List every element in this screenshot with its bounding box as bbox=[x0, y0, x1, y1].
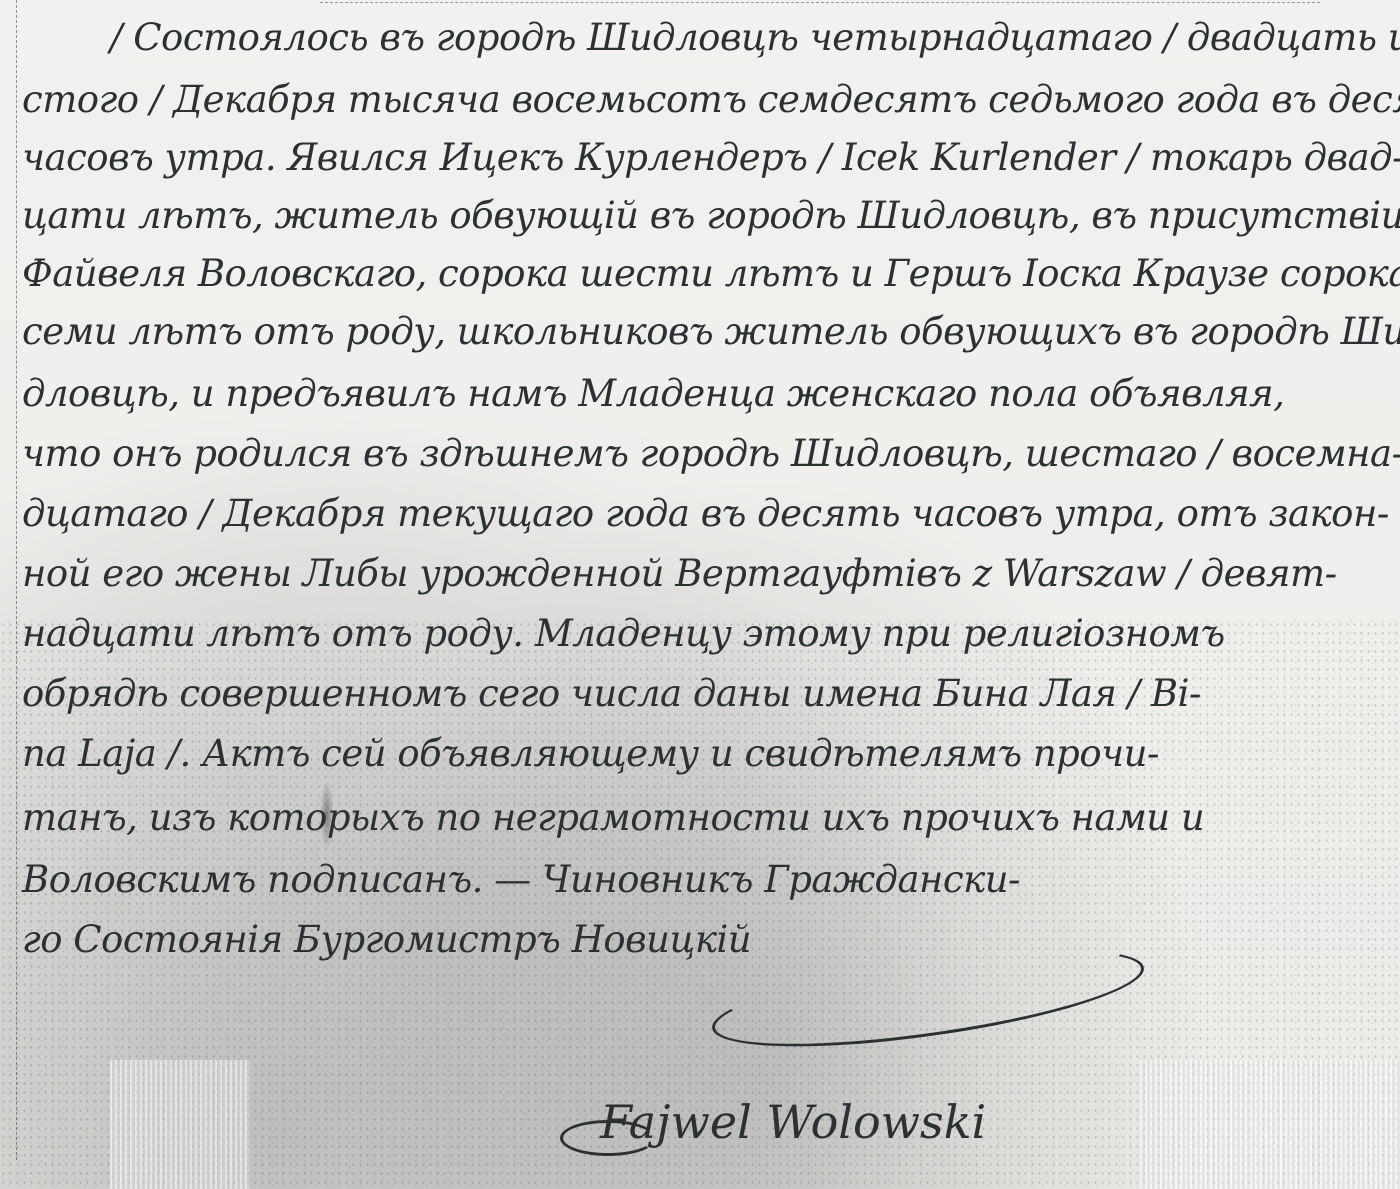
text-line-1: / Состоялось въ городѣ Шидловцѣ четырнад… bbox=[110, 16, 1400, 59]
text-line-15: Воловскимъ подписанъ. — Чиновникъ Гражда… bbox=[22, 858, 1392, 901]
text-line-16: го Состоянія Бургомистръ Новицкій bbox=[22, 918, 882, 961]
text-line-12: обрядѣ совершенномъ сего числа даны имен… bbox=[22, 672, 1392, 715]
text-line-10: ной его жены Либы урожденной Вертгауфтів… bbox=[22, 552, 1392, 595]
text-line-2: стого / Декабря тысяча восемьсотъ семдес… bbox=[22, 78, 1392, 121]
text-line-14: танъ, изъ которыхъ по неграмотности ихъ … bbox=[22, 796, 1392, 839]
text-line-6: семи лѣтъ отъ роду, школьниковъ житель о… bbox=[22, 310, 1392, 353]
text-line-3: часовъ утра. Явился Ицекъ Курлендеръ / I… bbox=[22, 136, 1392, 179]
text-line-8: что онъ родился въ здѣшнемъ городѣ Шидло… bbox=[22, 432, 1392, 475]
witness-signature-flourish bbox=[560, 1120, 656, 1156]
document-page: / Состоялось въ городѣ Шидловцѣ четырнад… bbox=[0, 0, 1400, 1189]
text-line-11: надцати лѣтъ отъ роду. Младенцу этому пр… bbox=[22, 612, 1392, 655]
scan-streak bbox=[110, 1060, 250, 1189]
text-line-4: цати лѣтъ, житель обвующій въ городѣ Шид… bbox=[22, 194, 1392, 237]
top-rule bbox=[320, 2, 1320, 4]
left-margin-line bbox=[16, 0, 17, 1160]
text-line-9: дцатаго / Декабря текущаго года въ десят… bbox=[22, 492, 1392, 535]
text-line-5: Файвеля Воловскаго, сорока шести лѣтъ и … bbox=[22, 252, 1392, 295]
text-line-7: дловцѣ, и предъявилъ намъ Младенца женск… bbox=[22, 372, 1392, 415]
scan-streak bbox=[1140, 1060, 1400, 1189]
witness-signature: Fajwel Wolowski bbox=[600, 1095, 986, 1149]
text-line-13: na Laja /. Актъ сей объявляющему и свидѣ… bbox=[22, 732, 1392, 775]
